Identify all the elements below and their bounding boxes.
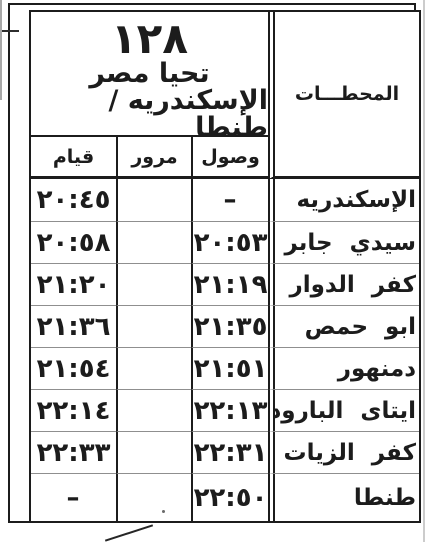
departure-time: ٢٠:٤٥ (31, 179, 116, 221)
station-name: كفر الزيات (268, 431, 419, 473)
column-header-passing: مرور (116, 137, 191, 179)
arrival-time: – (191, 179, 268, 221)
arrival-time: ٢١:١٩ (191, 263, 268, 305)
arrival-time: ٢٠:٥٣ (191, 221, 268, 263)
departure-time: ٢١:٣٦ (31, 305, 116, 347)
passing-time (116, 389, 191, 431)
passing-time (116, 305, 191, 347)
train-route: الإسكندريه / طنطا (31, 87, 268, 141)
departure-time: ٢٢:١٤ (31, 389, 116, 431)
train-number: ١٢٨ (111, 18, 188, 60)
arrival-time: ٢٢:٥٠ (191, 473, 268, 521)
station-name: دمنهور (268, 347, 419, 389)
timetable-inner-frame: ١٢٨ تحيا مصر الإسكندريه / طنطا المحطـــا… (29, 10, 421, 523)
departure-time: – (31, 473, 116, 521)
departure-time: ٢١:٢٠ (31, 263, 116, 305)
departure-time: ٢٢:٣٣ (31, 431, 116, 473)
departure-time: ٢١:٥٤ (31, 347, 116, 389)
scan-artifact-pen-stroke (105, 524, 153, 541)
passing-time (116, 431, 191, 473)
station-name: كفر الدوار (268, 263, 419, 305)
scan-artifact-left-smudge (0, 0, 2, 100)
arrival-time: ٢١:٣٥ (191, 305, 268, 347)
train-slogan: تحيا مصر (89, 60, 209, 87)
station-name: ابو حمص (268, 305, 419, 347)
train-header: ١٢٨ تحيا مصر الإسكندريه / طنطا (31, 12, 268, 137)
arrival-time: ٢٢:٣١ (191, 431, 268, 473)
arrival-time: ٢٢:١٣ (191, 389, 268, 431)
column-header-departure: قيام (31, 137, 116, 179)
scan-artifact-page-edge (423, 0, 425, 542)
departure-time: ٢٠:٥٨ (31, 221, 116, 263)
stations-column-header: المحطـــات (268, 12, 419, 179)
timetable-outer-frame: ١٢٨ تحيا مصر الإسكندريه / طنطا المحطـــا… (8, 3, 416, 523)
passing-time (116, 347, 191, 389)
station-name: الإسكندريه (268, 179, 419, 221)
arrival-time: ٢١:٥١ (191, 347, 268, 389)
scan-artifact-dot (162, 510, 165, 513)
timetable-grid: ١٢٨ تحيا مصر الإسكندريه / طنطا المحطـــا… (31, 12, 419, 521)
station-name: ايتاى البارود (268, 389, 419, 431)
passing-time (116, 179, 191, 221)
scan-artifact-left-tick (0, 30, 19, 32)
passing-time (116, 221, 191, 263)
station-name: سيدي جابر (268, 221, 419, 263)
passing-time (116, 473, 191, 521)
passing-time (116, 263, 191, 305)
column-header-arrival: وصول (191, 137, 268, 179)
station-name: طنطا (268, 473, 419, 521)
